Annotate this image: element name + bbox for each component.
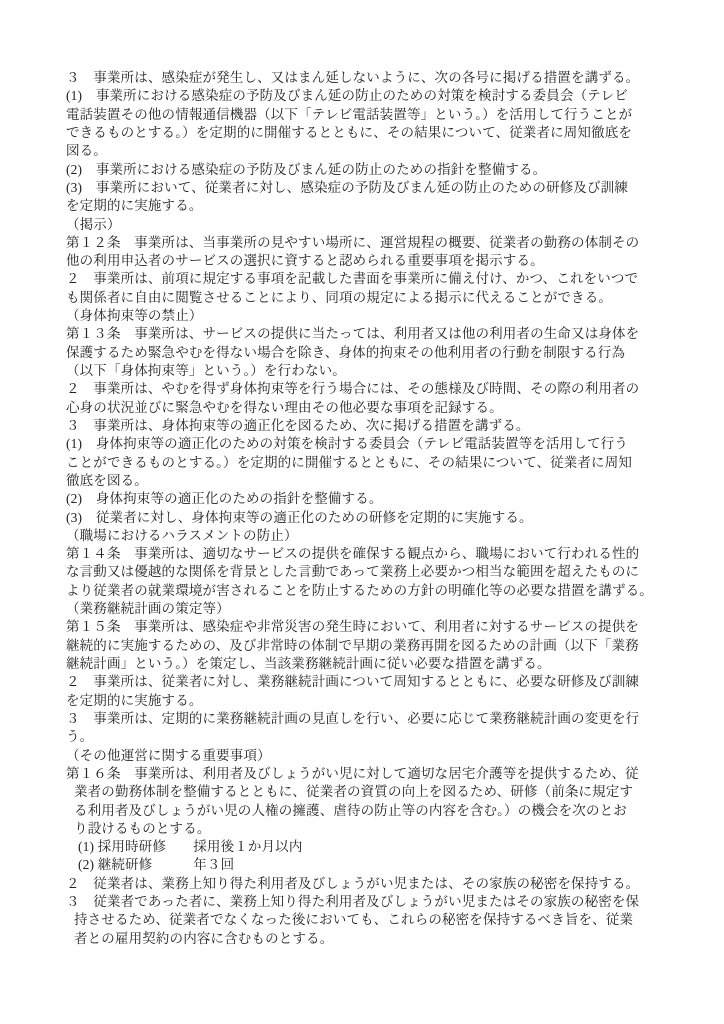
document-line: （身体拘束等の禁止）	[66, 307, 676, 325]
document-line: できるものとする。）を定期的に開催するとともに、その結果について、従業者に周知徹…	[66, 124, 676, 142]
document-line: ２ 従業者は、業務上知り得た利用者及びしょうがい児または、その家族の秘密を保持す…	[66, 875, 676, 893]
document-line: 第１６条 事業所は、利用者及びしょうがい児に対して適切な居宅介護等を提供するため…	[66, 765, 676, 783]
document-line: 電話装置その他の情報通信機器（以下「テレビ電話装置等」という。）を活用して行うこ…	[66, 106, 676, 124]
document-line: ３ 事業所は、身体拘束等の適正化を図るため、次に掲げる措置を講ずる。	[66, 417, 676, 435]
document-line: 第１３条 事業所は、サービスの提供に当たっては、利用者又は他の利用者の生命又は身…	[66, 325, 676, 343]
document-line: 徹底を図る。	[66, 472, 676, 490]
document-line: (2) 身体拘束等の適正化のための指針を整備する。	[66, 490, 676, 508]
document-line: （以下「身体拘束等」という。）を行わない。	[66, 362, 676, 380]
document-line: （掲示）	[66, 216, 676, 234]
document-line: 持させるため、従業者でなくなった後においても、これらの秘密を保持するべき旨を、従…	[66, 911, 676, 929]
document-line: ３ 従業者であった者に、業務上知り得た利用者及びしょうがい児またはその家族の秘密…	[66, 893, 676, 911]
document-line: （その他運営に関する重要事項）	[66, 747, 676, 765]
document-line: ３ 事業所は、感染症が発生し、又はまん延しないように、次の各号に掲げる措置を講ず…	[66, 69, 676, 87]
document-line: る利用者及びしょうがい児の人権の擁護、虐待の防止等の内容を含む。）の機会を次のと…	[66, 802, 676, 820]
document-line: な言動又は優越的な関係を背景とした言動であって業務上必要かつ相当な範囲を超えたも…	[66, 563, 676, 581]
document-line: り設けるものとする。	[66, 820, 676, 838]
document-line: 図る。	[66, 142, 676, 160]
document-text-body: ３ 事業所は、感染症が発生し、又はまん延しないように、次の各号に掲げる措置を講ず…	[66, 69, 676, 948]
document-line: 第１２条 事業所は、当事業所の見やすい場所に、運営規程の概要、従業者の勤務の体制…	[66, 234, 676, 252]
document-line: 第１５条 事業所は、感染症や非常災害の発生時において、利用者に対するサービスの提…	[66, 618, 676, 636]
document-line: も関係者に自由に閲覧させることにより、同項の規定による掲示に代えることができる。	[66, 289, 676, 307]
document-line: より従業者の就業環境が害されることを防止するための方針の明確化等の必要な措置を講…	[66, 582, 676, 600]
document-line: (1) 事業所における感染症の予防及びまん延の防止のための対策を検討する委員会（…	[66, 87, 676, 105]
document-line: (2) 継続研修 年３回	[66, 856, 676, 874]
document-line: (3) 従業者に対し、身体拘束等の適正化のための研修を定期的に実施する。	[66, 509, 676, 527]
document-line: (3) 事業所において、従業者に対し、感染症の予防及びまん延の防止のための研修及…	[66, 179, 676, 197]
document-line: 他の利用申込者のサービスの選択に資すると認められる重要事項を掲示する。	[66, 252, 676, 270]
document-line: ２ 事業所は、従業者に対し、業務継続計画について周知するとともに、必要な研修及び…	[66, 673, 676, 691]
document-line: ２ 事業所は、やむを得ず身体拘束等を行う場合には、その態様及び時間、その際の利用…	[66, 380, 676, 398]
regulation-document-page: ３ 事業所は、感染症が発生し、又はまん延しないように、次の各号に掲げる措置を講ず…	[0, 0, 724, 1024]
document-line: (1) 身体拘束等の適正化のための対策を検討する委員会（テレビ電話装置等を活用し…	[66, 435, 676, 453]
document-line: う。	[66, 728, 676, 746]
document-line: (2) 事業所における感染症の予防及びまん延の防止のための指針を整備する。	[66, 161, 676, 179]
document-line: 継続的に実施するための、及び非常時の体制で早期の業務再開を図るための計画（以下「…	[66, 637, 676, 655]
document-line: （業務継続計画の策定等）	[66, 600, 676, 618]
document-line: ことができるものとする。）を定期的に開催するとともに、その結果について、従業者に…	[66, 454, 676, 472]
document-line: 継続計画」という。）を策定し、当該業務継続計画に従い必要な措置を講ずる。	[66, 655, 676, 673]
document-line: 業者の勤務体制を整備するとともに、従業者の資質の向上を図るため、研修（前条に規定…	[66, 783, 676, 801]
document-line: ２ 事業所は、前項に規定する事項を記載した書面を事業所に備え付け、かつ、これをい…	[66, 270, 676, 288]
document-line: 保護するため緊急やむを得ない場合を除き、身体的拘束その他利用者の行動を制限する行…	[66, 344, 676, 362]
document-line: （職場におけるハラスメントの防止）	[66, 527, 676, 545]
document-line: を定期的に実施する。	[66, 197, 676, 215]
document-line: (1) 採用時研修 採用後１か月以内	[66, 838, 676, 856]
document-line: 者との雇用契約の内容に含むものとする。	[66, 930, 676, 948]
document-line: 第１４条 事業所は、適切なサービスの提供を確保する観点から、職場において行われる…	[66, 545, 676, 563]
document-line: を定期的に実施する。	[66, 692, 676, 710]
document-line: ３ 事業所は、定期的に業務継続計画の見直しを行い、必要に応じて業務継続計画の変更…	[66, 710, 676, 728]
document-line: 心身の状況並びに緊急やむを得ない理由その他必要な事項を記録する。	[66, 399, 676, 417]
